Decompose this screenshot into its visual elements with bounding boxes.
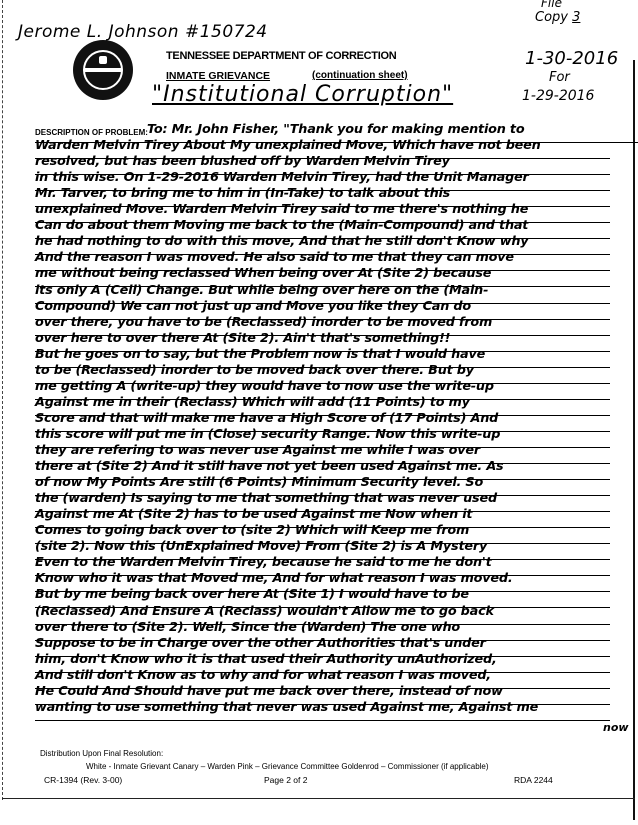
description-line: wanting to use something that never was … [35,700,610,721]
rda-number: RDA 2244 [514,775,553,785]
inmate-name-and-number: Jerome L. Johnson #150724 [18,22,268,42]
scan-edge-right [633,60,635,820]
date-written: 1-30-2016 [525,48,618,69]
grievance-title: "Institutional Corruption" [152,82,453,107]
date-incident: 1-29-2016 [522,88,594,104]
form-number: CR-1394 (Rev. 3-00) [44,775,122,785]
scan-edge-bottom [2,798,635,800]
department-heading: TENNESSEE DEPARTMENT OF CORRECTION [166,50,396,62]
copy-number: 3 [572,10,580,25]
form-type: INMATE GRIEVANCE [166,70,270,82]
inmate-name: Jerome L. Johnson [18,22,179,42]
distribution-label: Distribution Upon Final Resolution: [40,749,163,758]
for-label: For [549,70,570,85]
inmate-number: #150724 [185,22,268,42]
state-seal-icon [73,40,133,100]
continued-marker: now [603,721,629,734]
scan-edge-left [2,0,3,800]
copy-label: Copy 3 [535,10,580,25]
distribution-items: White - Inmate Grievant Canary – Warden … [86,762,489,771]
page-number: Page 2 of 2 [264,775,307,785]
continuation-label: (continuation sheet) [312,70,408,81]
file-label: File [541,0,562,10]
grievance-page: Jerome L. Johnson #150724 File Copy 3 1-… [0,0,638,825]
